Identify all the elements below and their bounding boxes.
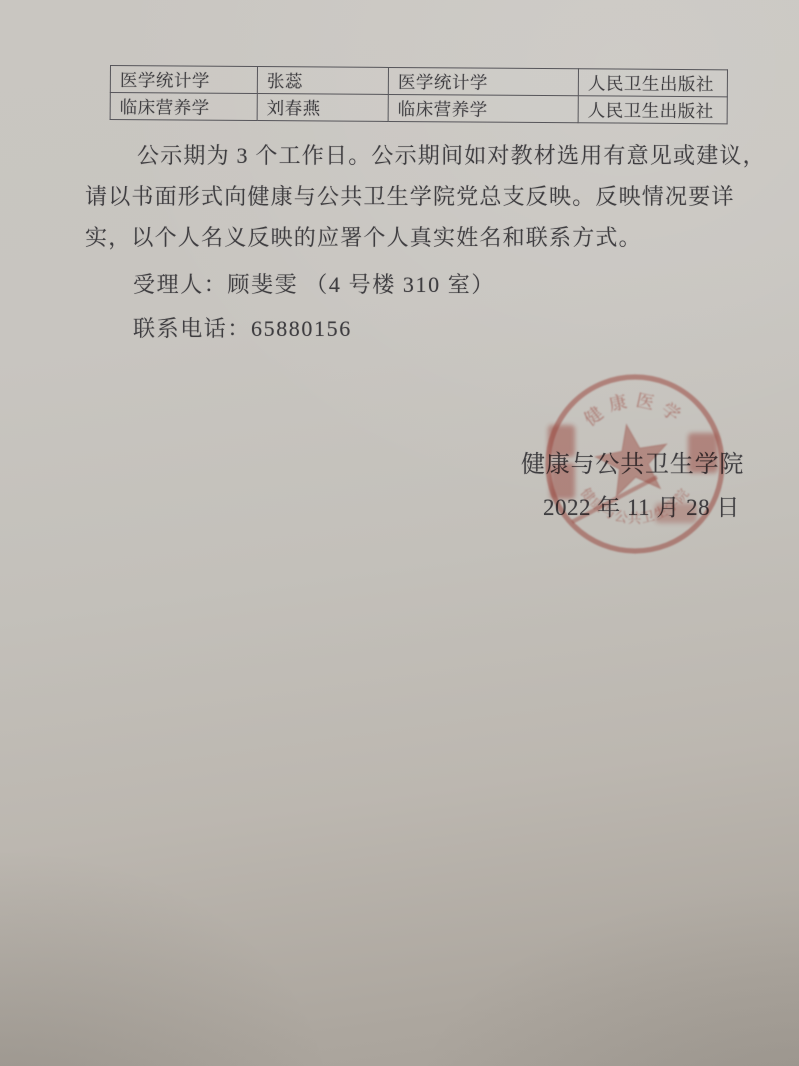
phone-contact-line: 联系电话：65880156	[133, 312, 352, 343]
table-row: 医学统计学 张蕊 医学统计学 人民卫生出版社	[110, 66, 727, 97]
notice-paragraph-line-1: 公示期为 3 个工作日。公示期间如对教材选用有意见或建议，	[137, 139, 766, 170]
handler-contact-line: 受理人：顾斐雯 （4 号楼 310 室）	[133, 268, 495, 299]
textbook-table: 医学统计学 张蕊 医学统计学 人民卫生出版社 临床营养学 刘春燕 临床营养学 人…	[110, 65, 728, 124]
publisher-cell: 人民卫生出版社	[578, 96, 727, 124]
signature-date: 2022 年 11 月 28 日	[543, 489, 740, 522]
notice-paragraph-line-2: 请以书面形式向健康与公共卫生学院党总支反映。反映情况要详	[85, 180, 735, 211]
teacher-name-cell: 张蕊	[257, 67, 388, 95]
publisher-cell: 人民卫生出版社	[578, 69, 727, 97]
notice-paragraph-line-3: 实，以个人名义反映的应署个人真实姓名和联系方式。	[85, 221, 642, 252]
table-row: 临床营养学 刘春燕 临床营养学 人民卫生出版社	[110, 93, 727, 124]
course-name-cell: 临床营养学	[110, 93, 257, 121]
textbook-name-cell: 医学统计学	[388, 67, 578, 95]
seal-top-arc-text: 健康医学	[580, 390, 689, 430]
course-name-cell: 医学统计学	[110, 66, 257, 94]
document-photo: 医学统计学 张蕊 医学统计学 人民卫生出版社 临床营养学 刘春燕 临床营养学 人…	[0, 0, 799, 1066]
signature-org-name: 健康与公共卫生学院	[521, 444, 744, 479]
teacher-name-cell: 刘春燕	[257, 94, 388, 122]
textbook-name-cell: 临床营养学	[388, 94, 578, 122]
